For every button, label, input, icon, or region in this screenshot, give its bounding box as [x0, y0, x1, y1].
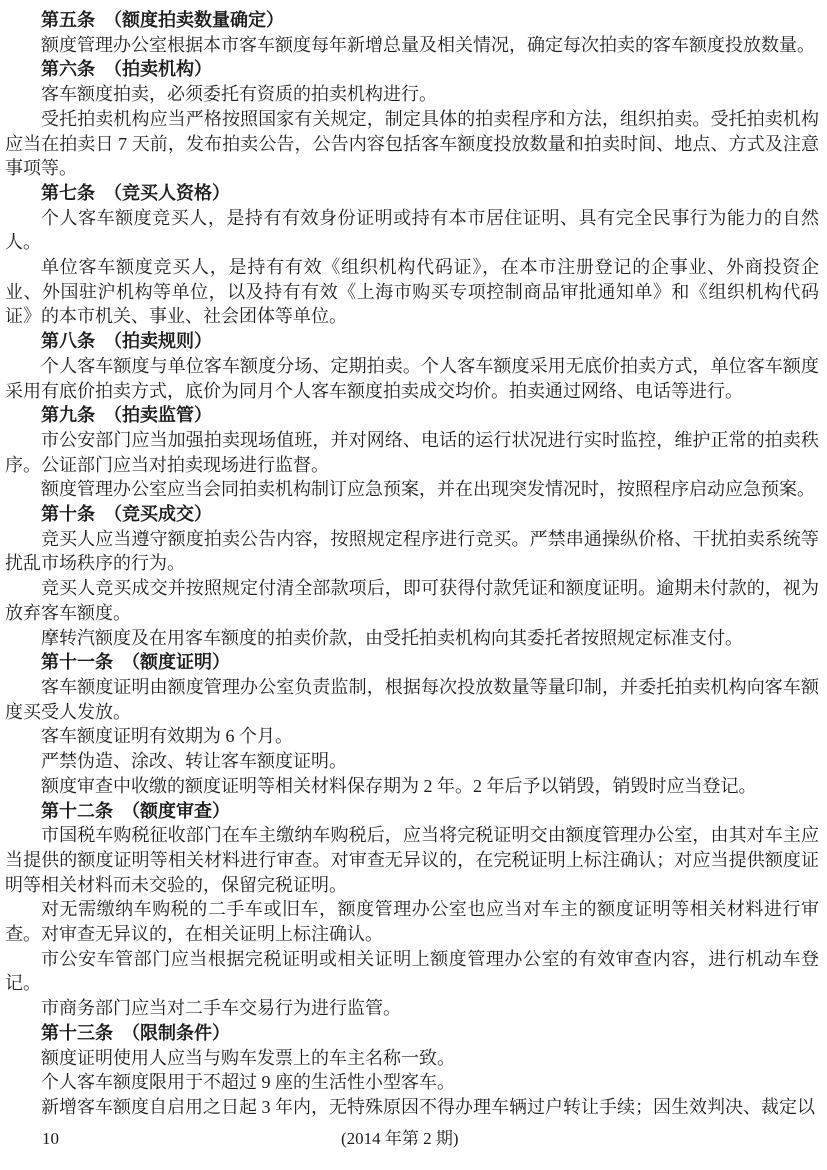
paragraph: 竞买人应当遵守额度拍卖公告内容，按照规定程序进行竞买。严禁串通操纵价格、干扰拍卖… [5, 527, 819, 576]
paragraph: 额度管理办公室根据本市客车额度每年新增总量及相关情况，确定每次拍卖的客车额度投放… [5, 33, 819, 58]
paragraph: 额度证明使用人应当与购车发票上的车主名称一致。 [5, 1046, 819, 1071]
paragraph: 严禁伪造、涂改、转让客车额度证明。 [5, 749, 819, 774]
paragraph: 客车额度证明由额度管理办公室负责监制，根据每次投放数量等量印制，并委托拍卖机构向… [5, 675, 819, 724]
paragraph: 竞买人竞买成交并按照规定付清全部款项后，即可获得付款凭证和额度证明。逾期未付款的… [5, 576, 819, 625]
article-heading: 第七条 （竞买人资格） [5, 181, 819, 206]
article-heading: 第六条 （拍卖机构） [5, 57, 819, 82]
article-heading: 第十二条 （额度审查） [5, 799, 819, 824]
paragraph: 个人客车额度限用于不超过 9 座的生活性小型客车。 [5, 1070, 819, 1095]
paragraph: 市公安部门应当加强拍卖现场值班，并对网络、电话的运行状况进行实时监控，维护正常的… [5, 428, 819, 477]
paragraph: 个人客车额度与单位客车额度分场、定期拍卖。个人客车额度采用无底价拍卖方式，单位客… [5, 354, 819, 403]
paragraph: 市商务部门应当对二手车交易行为进行监管。 [5, 996, 819, 1021]
article-heading: 第十三条 （限制条件） [5, 1021, 819, 1046]
paragraph: 新增客车额度自启用之日起 3 年内，无特殊原因不得办理车辆过户转让手续；因生效判… [5, 1095, 819, 1120]
paragraph: 受托拍卖机构应当严格按照国家有关规定，制定具体的拍卖程序和方法，组织拍卖。受托拍… [5, 107, 819, 181]
paragraph: 对无需缴纳车购税的二手车或旧车，额度管理办公室也应当对车主的额度证明等相关材料进… [5, 897, 819, 946]
paragraph: 单位客车额度竞买人，是持有有效《组织机构代码证》，在本市注册登记的企事业、外商投… [5, 255, 819, 329]
paragraph: 摩转汽额度及在用客车额度的拍卖价款，由受托拍卖机构向其委托者按照规定标准支付。 [5, 626, 819, 651]
page-footer: 10 (2014 年第 2 期) [0, 1127, 827, 1151]
article-heading: 第八条 （拍卖规则） [5, 329, 819, 354]
article-heading: 第五条 （额度拍卖数量确定） [5, 8, 819, 33]
page-number: 10 [42, 1127, 59, 1151]
paragraph: 客车额度证明有效期为 6 个月。 [5, 724, 819, 749]
paragraph: 客车额度拍卖，必须委托有资质的拍卖机构进行。 [5, 82, 819, 107]
article-heading: 第十条 （竞买成交） [5, 502, 819, 527]
article-heading: 第十一条 （额度证明） [5, 650, 819, 675]
issue-label: (2014 年第 2 期) [341, 1127, 459, 1151]
paragraph: 市公安车管部门应当根据完税证明或相关证明上额度管理办公室的有效审查内容，进行机动… [5, 947, 819, 996]
article-heading: 第九条 （拍卖监管） [5, 403, 819, 428]
document-page: 第五条 （额度拍卖数量确定）额度管理办公室根据本市客车额度每年新增总量及相关情况… [0, 0, 827, 1170]
paragraph: 个人客车额度竞买人，是持有有效身份证明或持有本市居住证明、具有完全民事行为能力的… [5, 206, 819, 255]
paragraph: 额度管理办公室应当会同拍卖机构制订应急预案，并在出现突发情况时，按照程序启动应急… [5, 477, 819, 502]
paragraph: 额度审查中收缴的额度证明等相关材料保存期为 2 年。2 年后予以销毁，销毁时应当… [5, 774, 819, 799]
paragraph: 市国税车购税征收部门在车主缴纳车购税后，应当将完税证明交由额度管理办公室，由其对… [5, 823, 819, 897]
document-body: 第五条 （额度拍卖数量确定）额度管理办公室根据本市客车额度每年新增总量及相关情况… [5, 8, 819, 1120]
